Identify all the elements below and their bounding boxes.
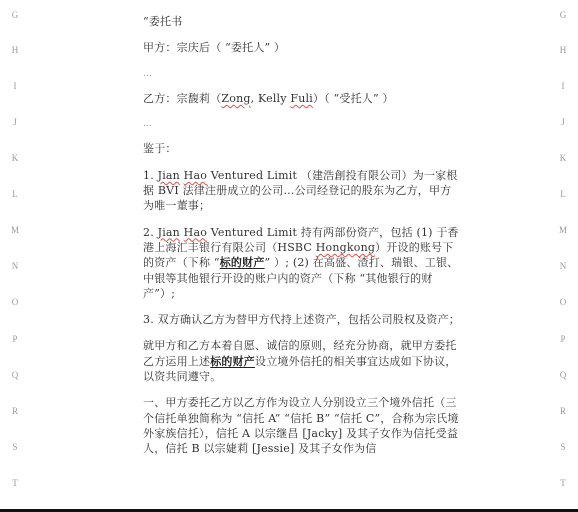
row-marker: L	[548, 189, 578, 199]
defined-term: 标的财产	[210, 355, 255, 368]
row-marker: I	[548, 81, 578, 91]
agreement-paragraph: 就甲方和乙方本着自愿、诚信的原则，经充分协商，就甲方委托乙方运用上述标的财产设立…	[143, 338, 461, 384]
row-marker: G	[548, 10, 578, 20]
row-marker: P	[548, 334, 578, 344]
spellcheck-word: Fuli	[290, 92, 313, 105]
clause-1: 1. Jian Hao Ventured Limit （建浩創投有限公司）为一家…	[143, 168, 461, 214]
document-body: “委托书 甲方：宗庆后（ “委托人” ） … 乙方：宗馥莉（Zong, Kell…	[143, 14, 461, 457]
ellipsis: …	[143, 117, 461, 132]
row-marker: N	[0, 261, 30, 271]
right-row-markers: G H I J K L M N O P Q R S T	[548, 0, 578, 512]
row-marker: S	[0, 442, 30, 452]
row-marker: Q	[548, 370, 578, 380]
row-marker: O	[548, 297, 578, 307]
spellcheck-word: Hongkong	[316, 241, 375, 254]
row-marker: J	[0, 117, 30, 127]
spellcheck-word: Hao	[184, 226, 207, 239]
row-marker: P	[0, 334, 30, 344]
row-marker: I	[0, 81, 30, 91]
row-marker: Q	[0, 370, 30, 380]
row-marker: R	[548, 406, 578, 416]
defined-term: 标的财产	[220, 256, 265, 269]
party-b-name-sep: , Kelly	[251, 92, 291, 105]
party-a: 甲方：宗庆后（ “委托人” ）	[143, 40, 461, 55]
row-marker: S	[548, 442, 578, 452]
ellipsis: …	[143, 67, 461, 82]
party-b-suffix: ）（ “受托人” ）	[313, 92, 394, 105]
clause-2: 2. Jian Hao Ventured Limit 持有两部份资产，包括 (1…	[143, 225, 461, 301]
party-b-prefix: 乙方：宗馥莉（	[143, 92, 221, 105]
row-marker: G	[0, 10, 30, 20]
row-marker: T	[548, 478, 578, 488]
row-marker: R	[0, 406, 30, 416]
row-marker: M	[548, 225, 578, 235]
row-marker: J	[548, 117, 578, 127]
party-b: 乙方：宗馥莉（Zong, Kelly Fuli）（ “受托人” ）	[143, 91, 461, 106]
row-marker: K	[0, 153, 30, 163]
document-title: “委托书	[143, 14, 461, 29]
spellcheck-word: Jian	[158, 226, 180, 239]
row-marker: K	[548, 153, 578, 163]
clause-3: 3. 双方确认乙方为替甲方代持上述资产，包括公司股权及资产；	[143, 312, 461, 327]
row-marker: M	[0, 225, 30, 235]
spellcheck-word: Jian	[158, 169, 180, 182]
spellcheck-word: Zong	[221, 92, 250, 105]
left-row-markers: G H I J K L M N O P Q R S T	[0, 0, 30, 512]
spellcheck-word: Hao	[184, 169, 207, 182]
row-marker: O	[0, 297, 30, 307]
section-1: 一、甲方委托乙方以乙方作为设立人分别设立三个境外信托（三个信托单独简称为 “信托…	[143, 395, 461, 456]
clause-number: 2.	[143, 226, 158, 239]
row-marker: H	[0, 45, 30, 55]
row-marker: T	[0, 478, 30, 488]
row-marker: N	[548, 261, 578, 271]
row-marker: H	[548, 45, 578, 55]
clause-number: 1.	[143, 169, 158, 182]
row-marker: L	[0, 189, 30, 199]
whereas-heading: 鉴于：	[143, 141, 461, 156]
